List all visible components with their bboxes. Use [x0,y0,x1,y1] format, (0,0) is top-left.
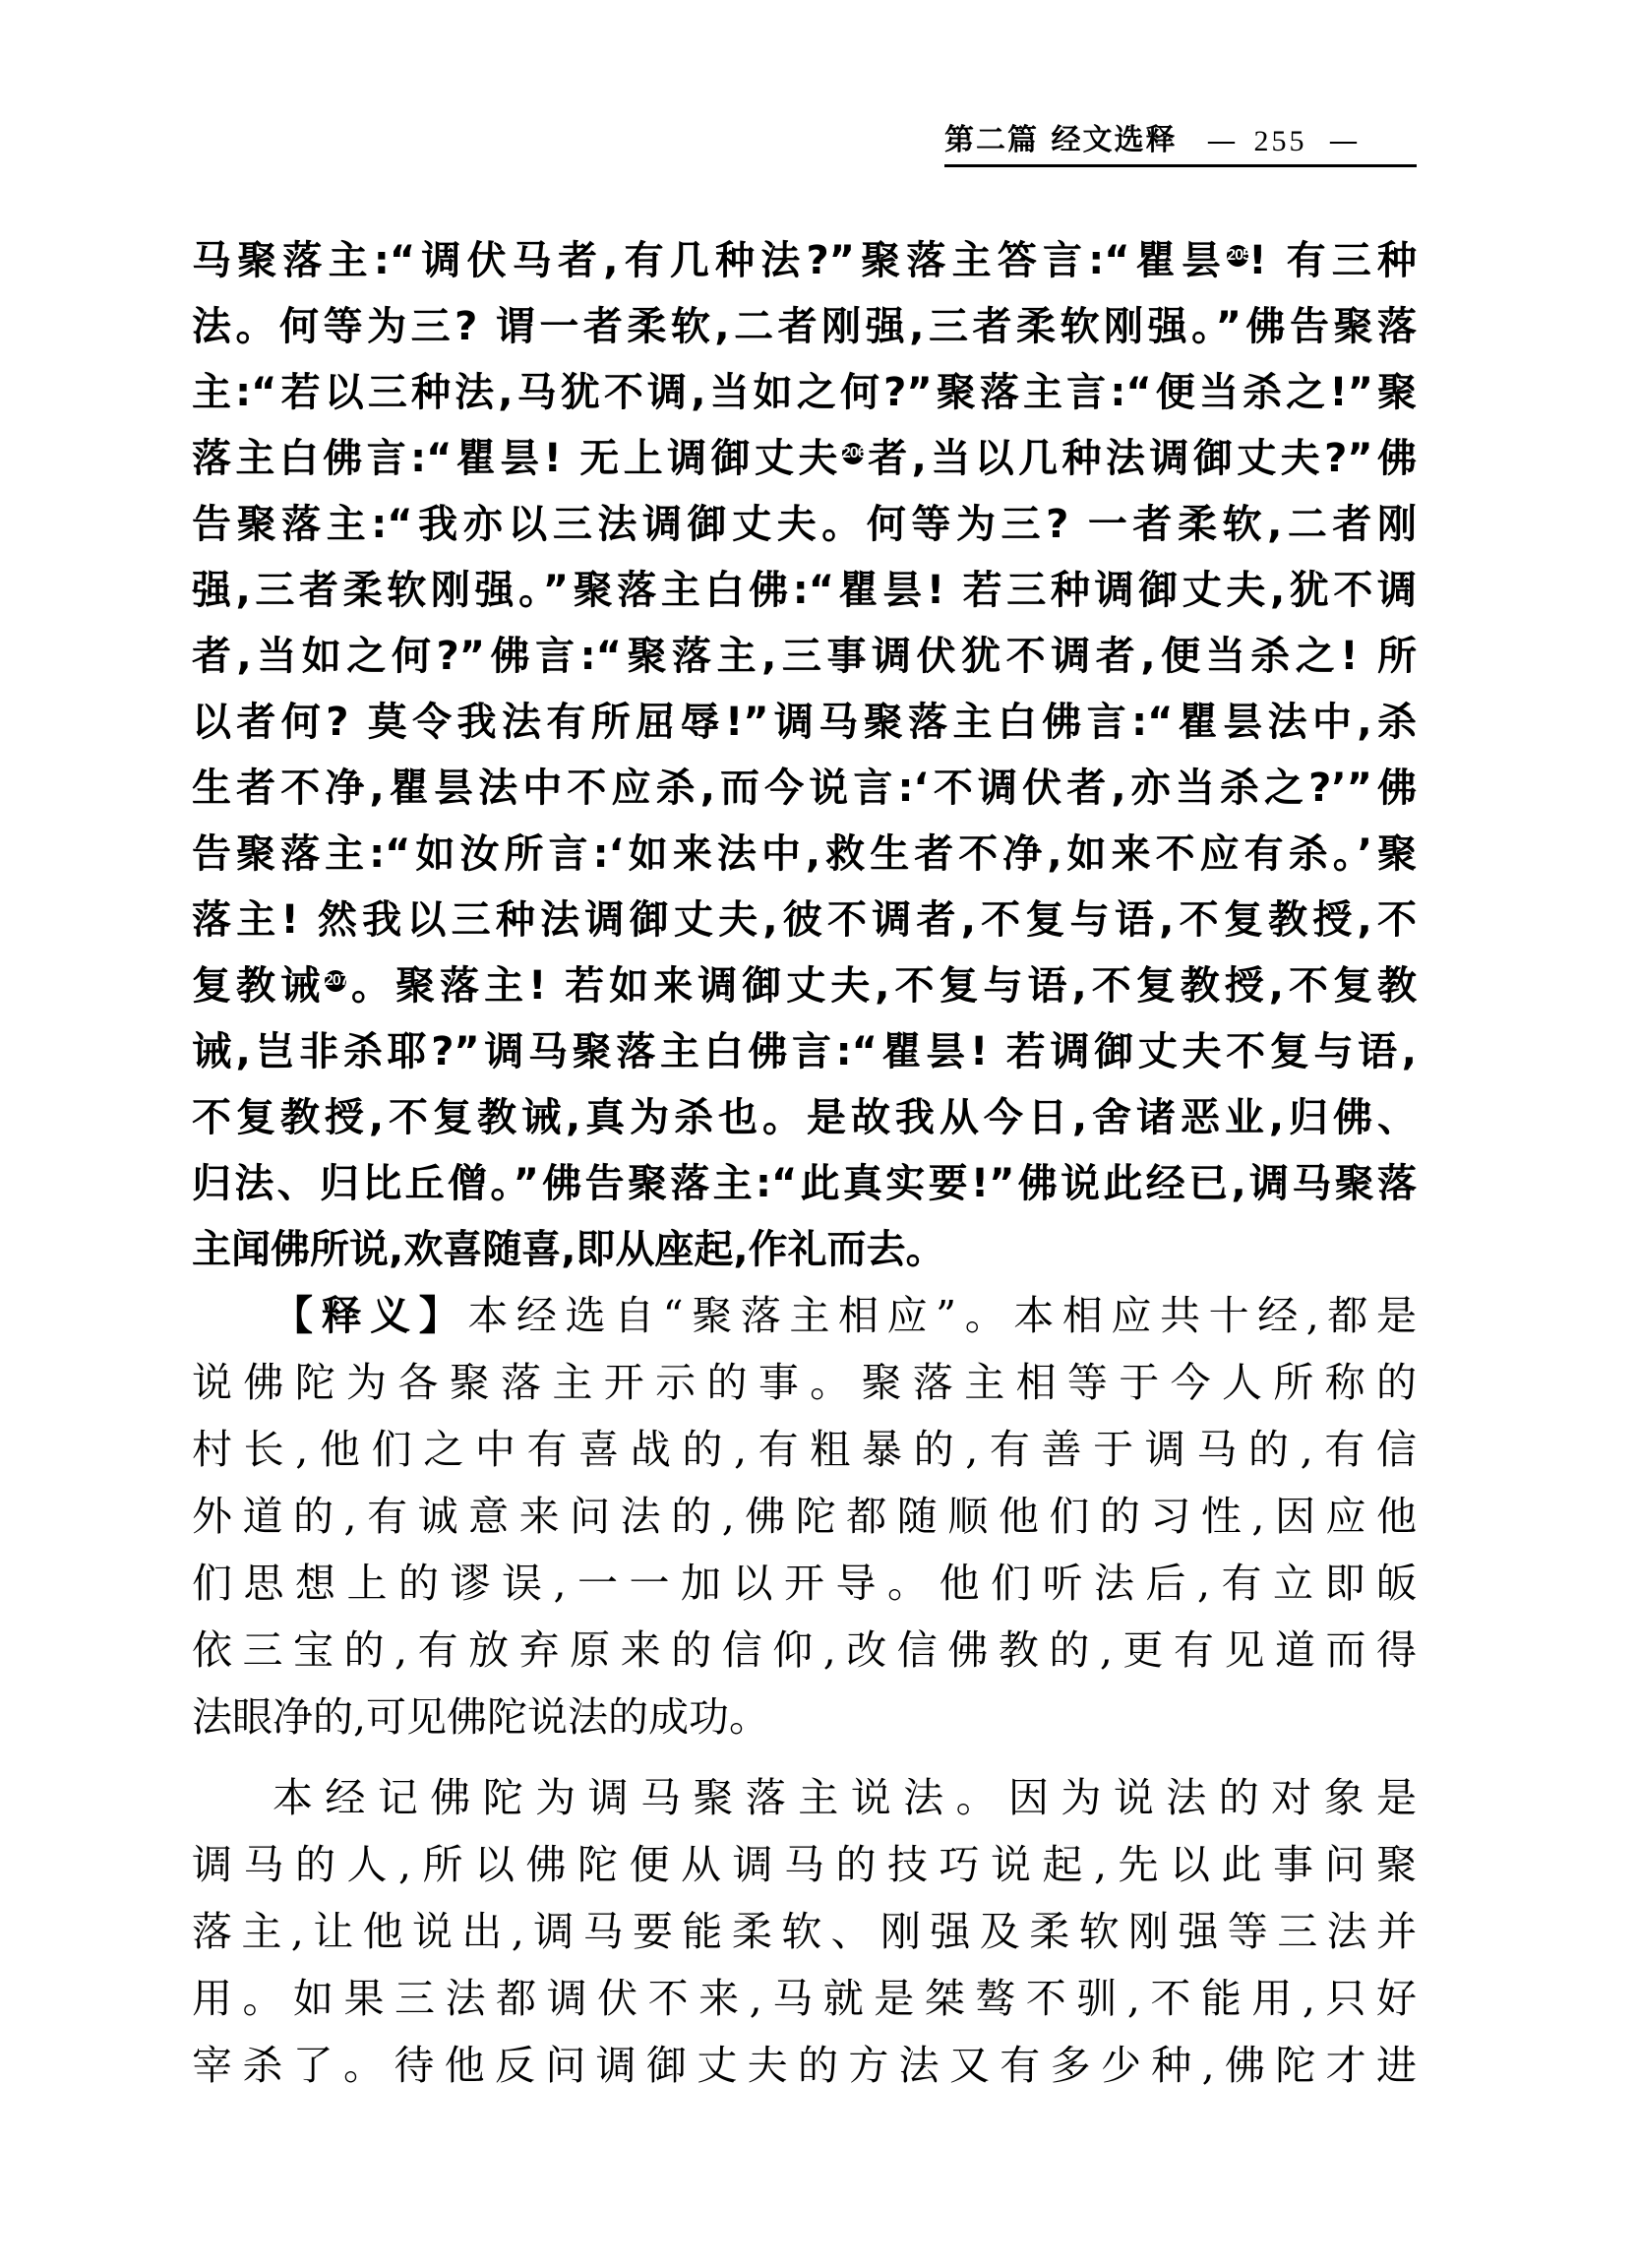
commentary-line: 宰杀了。待他反问调御丈夫的方法又有多少种,佛陀才进 [192,2032,1417,2099]
sutra-line: 强,三者柔软刚强。”聚落主白佛:“瞿昙! 若三种调御丈夫,犹不调 [192,558,1417,624]
sutra-text: 马聚落主:“调伏马者,有几种法?”聚落主答言:“瞿昙205! 有三种 法。何等为… [192,228,1417,1283]
commentary-line: 【释义】本经选自“聚落主相应”。本相应共十经,都是 [192,1282,1417,1349]
sutra-line: 落主白佛言:“瞿昙! 无上调御丈夫206者,当以几种法调御丈夫?”佛 [192,426,1417,492]
commentary-line: 本经记佛陀为调马聚落主说法。因为说法的对象是 [192,1764,1417,1831]
header-dash-left: — [1206,124,1236,158]
running-header: 第二篇 经文选释 — 255 — [944,116,1417,167]
page-number: 255 [1253,125,1306,158]
footnote-marker[interactable]: 206 [842,443,864,464]
sutra-line: 复教诫207。聚落主! 若如来调御丈夫,不复与语,不复教授,不复教 [192,953,1417,1019]
sutra-line: 主闻佛所说,欢喜随喜,即从座起,作礼而去。 [192,1217,1417,1283]
commentary-line: 说佛陀为各聚落主开示的事。聚落主相等于今人所称的 [192,1349,1417,1416]
sutra-line: 落主! 然我以三种法调御丈夫,彼不调者,不复与语,不复教授,不 [192,888,1417,953]
sutra-line: 不复教授,不复教诫,真为杀也。是故我从今日,舍诸恶业,归佛、 [192,1085,1417,1151]
commentary-line: 外道的,有诚意来问法的,佛陀都随顺他们的习性,因应他 [192,1483,1417,1550]
commentary-text: 【释义】本经选自“聚落主相应”。本相应共十经,都是 说佛陀为各聚落主开示的事。聚… [192,1282,1417,2099]
sutra-line: 生者不净,瞿昙法中不应杀,而今说言:‘不调伏者,亦当杀之?’”佛 [192,756,1417,822]
sutra-line: 告聚落主:“我亦以三法调御丈夫。何等为三? 一者柔软,二者刚 [192,492,1417,558]
header-dash-right: — [1328,124,1358,158]
commentary-label: 【释义】 [273,1292,467,1339]
sutra-line: 诫,岂非杀耶?”调马聚落主白佛言:“瞿昙! 若调御丈夫不复与语, [192,1019,1417,1085]
sutra-line: 马聚落主:“调伏马者,有几种法?”聚落主答言:“瞿昙205! 有三种 [192,228,1417,294]
sutra-line: 告聚落主:“如汝所言:‘如来法中,救生者不净,如来不应有杀。’聚 [192,822,1417,888]
commentary-line: 们思想上的谬误,一一加以开导。他们听法后,有立即皈 [192,1550,1417,1617]
sutra-line: 归法、归比丘僧。”佛告聚落主:“此真实要!”佛说此经已,调马聚落 [192,1151,1417,1217]
commentary-line: 村长,他们之中有喜战的,有粗暴的,有善于调马的,有信 [192,1416,1417,1483]
sutra-line: 法。何等为三? 谓一者柔软,二者刚强,三者柔软刚强。”佛告聚落 [192,294,1417,360]
footnote-marker[interactable]: 207 [325,970,346,992]
section-title: 第二篇 经文选释 [944,115,1177,158]
footnote-marker[interactable]: 205 [1227,245,1248,267]
sutra-line: 者,当如之何?”佛言:“聚落主,三事调伏犹不调者,便当杀之! 所 [192,624,1417,690]
commentary-line: 落主,让他说出,调马要能柔软、刚强及柔软刚强等三法并 [192,1898,1417,1965]
sutra-line: 主:“若以三种法,马犹不调,当如之何?”聚落主言:“便当杀之!”聚 [192,360,1417,426]
commentary-line: 法眼净的,可见佛陀说法的成功。 [192,1684,1417,1750]
commentary-line: 用。如果三法都调伏不来,马就是桀骜不驯,不能用,只好 [192,1965,1417,2032]
commentary-line: 依三宝的,有放弃原来的信仰,改信佛教的,更有见道而得 [192,1617,1417,1684]
commentary-line: 调马的人,所以佛陀便从调马的技巧说起,先以此事问聚 [192,1831,1417,1898]
sutra-line: 以者何? 莫令我法有所屈辱!”调马聚落主白佛言:“瞿昙法中,杀 [192,690,1417,756]
